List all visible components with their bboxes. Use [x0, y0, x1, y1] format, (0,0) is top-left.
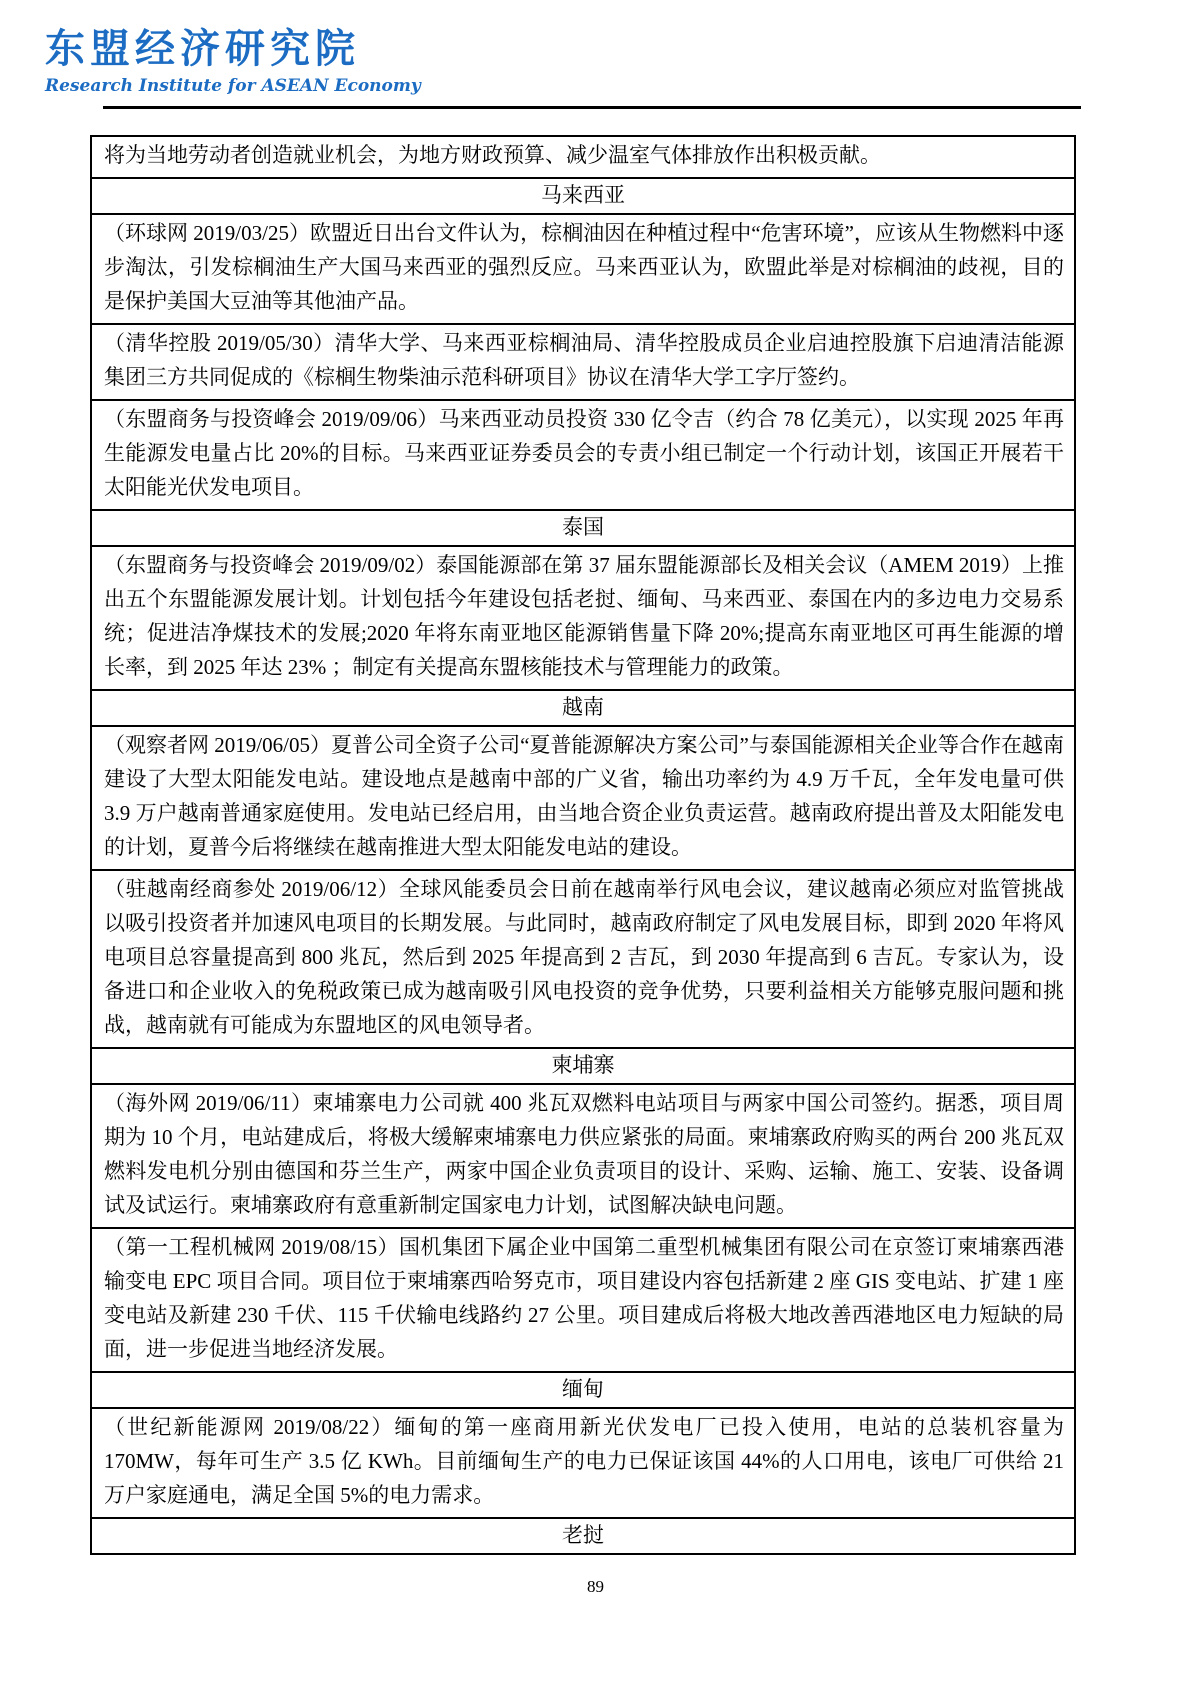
news-text: （观察者网 2019/06/05）夏普公司全资子公司“夏普能源解决方案公司”与泰…	[91, 726, 1075, 870]
news-text: （东盟商务与投资峰会 2019/09/06）马来西亚动员投资 330 亿令吉（约…	[91, 400, 1075, 510]
news-row: （第一工程机械网 2019/08/15）国机集团下属企业中国第二重型机械集团有限…	[91, 1228, 1075, 1372]
news-row: 将为当地劳动者创造就业机会，为地方财政预算、减少温室气体排放作出积极贡献。	[91, 136, 1075, 178]
institute-logo-subtitle: Research Institute for ASEAN Economy	[45, 75, 1191, 97]
news-text: 将为当地劳动者创造就业机会，为地方财政预算、减少温室气体排放作出积极贡献。	[91, 136, 1075, 178]
news-row: （观察者网 2019/06/05）夏普公司全资子公司“夏普能源解决方案公司”与泰…	[91, 726, 1075, 870]
country-section-row: 柬埔寨	[91, 1048, 1075, 1084]
news-row: （海外网 2019/06/11）柬埔寨电力公司就 400 兆瓦双燃料电站项目与两…	[91, 1084, 1075, 1228]
header-divider	[103, 106, 1081, 109]
country-section-row: 马来西亚	[91, 178, 1075, 214]
news-row: （清华控股 2019/05/30）清华大学、马来西亚棕榈油局、清华控股成员企业启…	[91, 324, 1075, 400]
news-text: （环球网 2019/03/25）欧盟近日出台文件认为，棕榈油因在种植过程中“危害…	[91, 214, 1075, 324]
country-section-row: 越南	[91, 690, 1075, 726]
news-text: （东盟商务与投资峰会 2019/09/02）泰国能源部在第 37 届东盟能源部长…	[91, 546, 1075, 690]
news-table: 将为当地劳动者创造就业机会，为地方财政预算、减少温室气体排放作出积极贡献。马来西…	[90, 135, 1076, 1555]
news-text: （世纪新能源网 2019/08/22）缅甸的第一座商用新光伏发电厂已投入使用，电…	[91, 1408, 1075, 1518]
country-section-label: 泰国	[91, 510, 1075, 546]
country-section-label: 马来西亚	[91, 178, 1075, 214]
page-header: 东盟经济研究院 Research Institute for ASEAN Eco…	[0, 0, 1191, 109]
news-row: （世纪新能源网 2019/08/22）缅甸的第一座商用新光伏发电厂已投入使用，电…	[91, 1408, 1075, 1518]
news-text: （海外网 2019/06/11）柬埔寨电力公司就 400 兆瓦双燃料电站项目与两…	[91, 1084, 1075, 1228]
news-text: （清华控股 2019/05/30）清华大学、马来西亚棕榈油局、清华控股成员企业启…	[91, 324, 1075, 400]
country-section-label: 越南	[91, 690, 1075, 726]
country-section-row: 泰国	[91, 510, 1075, 546]
country-section-label: 老挝	[91, 1518, 1075, 1554]
news-row: （东盟商务与投资峰会 2019/09/06）马来西亚动员投资 330 亿令吉（约…	[91, 400, 1075, 510]
news-row: （东盟商务与投资峰会 2019/09/02）泰国能源部在第 37 届东盟能源部长…	[91, 546, 1075, 690]
country-section-row: 缅甸	[91, 1372, 1075, 1408]
news-table-body: 将为当地劳动者创造就业机会，为地方财政预算、减少温室气体排放作出积极贡献。马来西…	[91, 136, 1075, 1554]
news-text: （第一工程机械网 2019/08/15）国机集团下属企业中国第二重型机械集团有限…	[91, 1228, 1075, 1372]
page-number: 89	[587, 1577, 604, 1596]
country-section-label: 柬埔寨	[91, 1048, 1075, 1084]
news-row: （环球网 2019/03/25）欧盟近日出台文件认为，棕榈油因在种植过程中“危害…	[91, 214, 1075, 324]
country-section-row: 老挝	[91, 1518, 1075, 1554]
news-text: （驻越南经商参处 2019/06/12）全球风能委员会日前在越南举行风电会议，建…	[91, 870, 1075, 1048]
document-page: 东盟经济研究院 Research Institute for ASEAN Eco…	[0, 0, 1191, 1684]
page-footer: 89	[0, 1577, 1191, 1597]
country-section-label: 缅甸	[91, 1372, 1075, 1408]
news-row: （驻越南经商参处 2019/06/12）全球风能委员会日前在越南举行风电会议，建…	[91, 870, 1075, 1048]
institute-logo: 东盟经济研究院	[45, 26, 1191, 72]
